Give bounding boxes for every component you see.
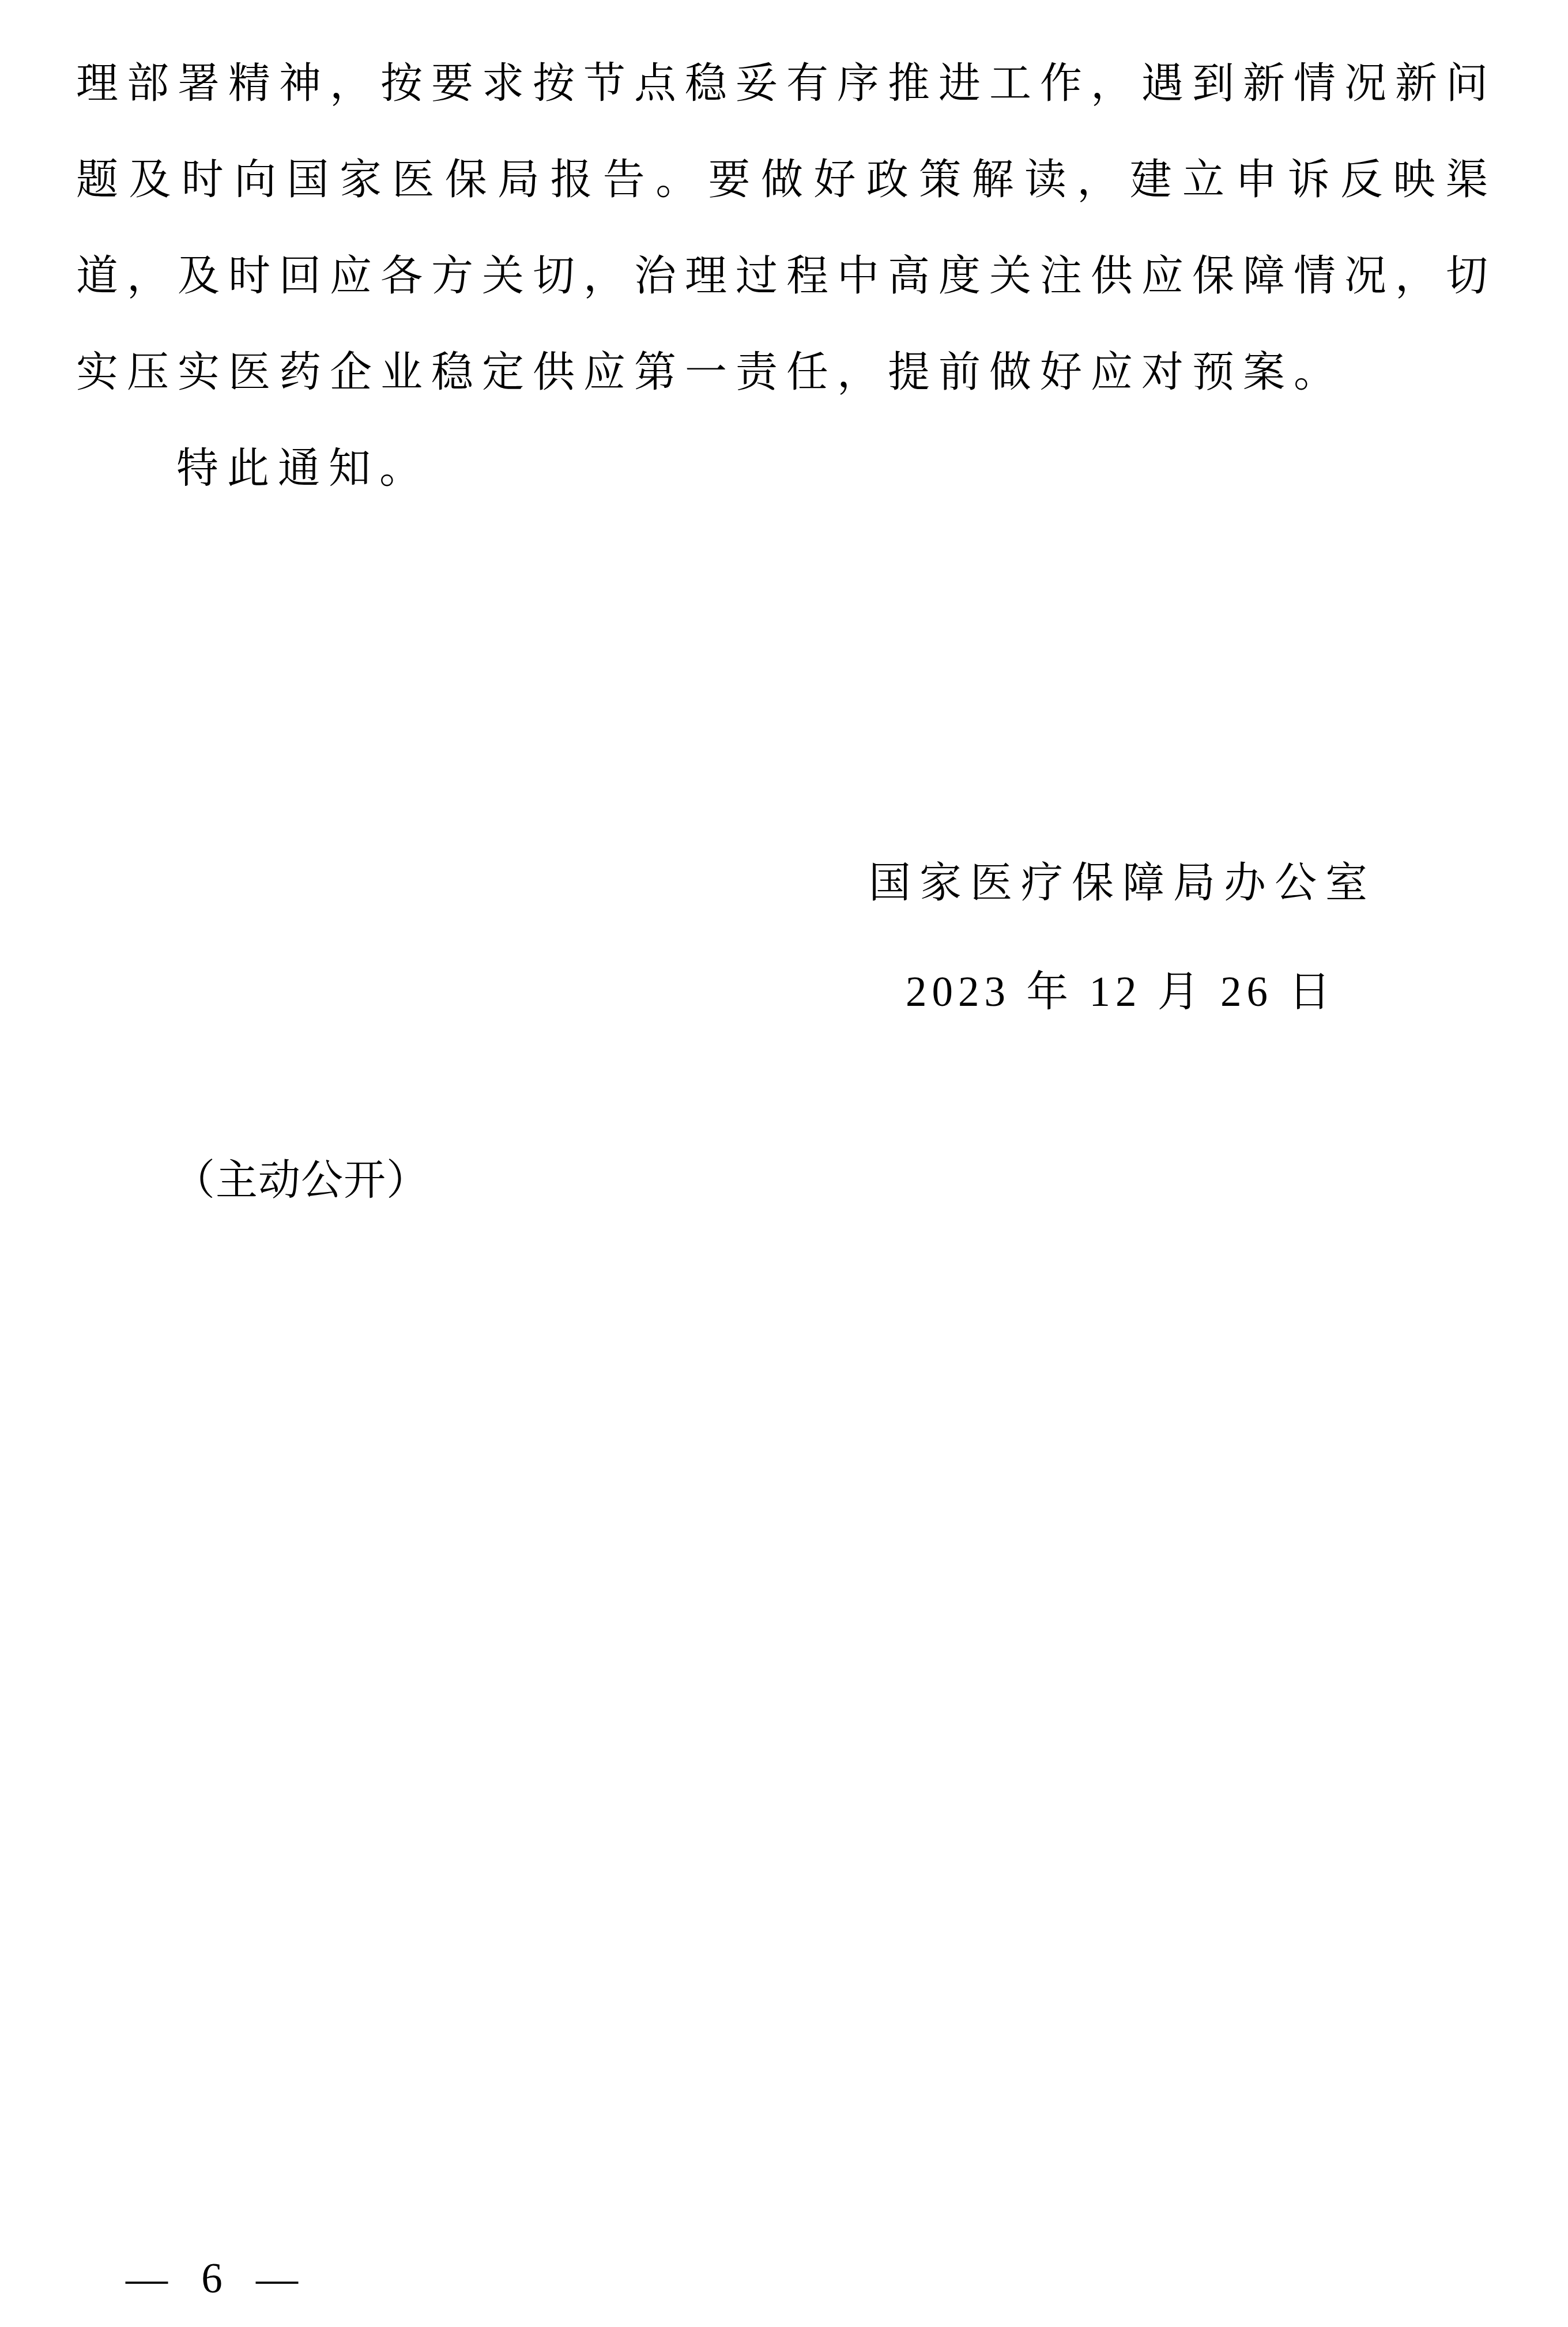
body-line-2: 题及时向国家医保局报告。要做好政策解读，建立申诉反映渠 <box>76 131 1497 228</box>
body-line-3: 道，及时回应各方关切，治理过程中高度关注供应保障情况，切 <box>76 228 1497 324</box>
page-number: — 6 — <box>126 2257 310 2299</box>
signature-date: 2023 年 12 月 26 日 <box>906 971 1336 1013</box>
body-line-1: 理部署精神，按要求按节点稳妥有序推进工作，遇到新情况新问 <box>76 35 1497 131</box>
body-paragraph: 理部署精神，按要求按节点稳妥有序推进工作，遇到新情况新问 题及时向国家医保局报告… <box>76 35 1497 516</box>
closing-notice: 特此通知。 <box>76 420 1497 516</box>
signature-office: 国家医疗保障局办公室 <box>869 862 1376 904</box>
document-page: 理部署精神，按要求按节点稳妥有序推进工作，遇到新情况新问 题及时向国家医保局报告… <box>0 0 1568 2327</box>
body-line-4: 实压实医药企业稳定供应第一责任，提前做好应对预案。 <box>76 324 1497 420</box>
disclosure-note: （主动公开） <box>173 1159 429 1201</box>
